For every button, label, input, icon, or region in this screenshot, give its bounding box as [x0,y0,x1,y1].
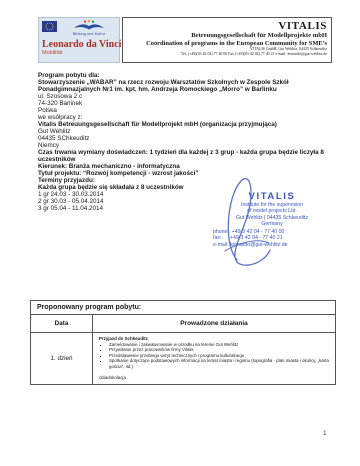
activity-item: Spotkanie dotyczące podstawowych informa… [109,358,329,369]
exchange-duration: Czas trwania wymiany doświadczeń: 1 tydz… [38,149,331,163]
org-name: VITALIS [127,20,327,32]
logo-program-name: Leonardo da Vinci [42,39,116,50]
table-header-row: Data Prowadzone działania [31,315,336,333]
stamp-email: e-mail: leonardo@gut-wehlitz.de [213,242,340,248]
activities-list: Zameldowanie i zakwaterowanie w ośrodku … [99,342,329,370]
activities-footer: obiadokolacja [99,375,329,381]
beneficiary-street: ul. Szosowa 2 c [38,93,331,100]
org-contact: Tel. (+49)(03 42 04) 77 40 00 Fax (+49)(… [127,52,327,57]
host-name: Vitalis Betreuungsgesellschaft für Model… [38,121,331,128]
document-page: { "colors": { "stamp_blue": "#3a55c0", "… [0,0,360,466]
field-of-study: Kierunek: Branża mechaniczno - informaty… [38,163,331,170]
stamp-line4: Germany [204,221,340,227]
host-street: Gut Wehlitz [38,128,331,135]
beneficiary-country: Polska [38,107,331,114]
table-title: Proponowany program pobytu: [31,301,336,315]
stamp-title: VITALIS [204,192,340,202]
page-number: 1 [323,430,327,437]
logo-subtitle: Mobilität [42,50,116,56]
org-description-de: Betreuungsgesellschaft für Modellprojekt… [127,32,327,40]
table-title-row: Proponowany program pobytu: [31,301,336,315]
host-country: Niemcy [38,142,331,149]
day-cell: 1. dzień [31,333,93,385]
eu-flag-icon [42,21,57,32]
program-table: Proponowany program pobytu: Data Prowadz… [30,300,336,385]
logo-tagline: Bildung und Kultur [73,32,105,36]
letterhead: Bildung und Kultur Leonardo da Vinci Mob… [38,17,332,63]
program-for-label: Program pobytu dla: [38,72,331,79]
org-description-en: Coordination of programs in the European… [127,40,327,48]
leonardo-da-vinci-logo: Bildung und Kultur Leonardo da Vinci Mob… [38,17,120,63]
vitalis-stamp: VITALIS Institute for the supervision of… [204,192,340,248]
host-city: 04435 SChkeuditz [38,135,331,142]
column-header-activities: Prowadzone działania [93,315,336,333]
cooperation-label: we wsólpracy z: [38,114,331,121]
organisation-header: VITALIS Betreuungsgesellschaft für Model… [122,17,332,63]
activities-cell: Przyjazd do Schkeuditz Zameldowanie i za… [93,333,336,385]
table-row-day1: 1. dzień Przyjazd do Schkeuditz Zameldow… [31,333,336,385]
column-header-date: Data [31,315,93,333]
project-title: Tytuł projektu: “Rozwój kompetencji - wz… [38,170,331,177]
beneficiary-name: Stowarzyszenie „WABAR” na rzecz rozwoju … [38,79,331,93]
group-size: Każda grupa będzie się składała z 8 ucze… [38,184,331,191]
bird-logo-icon [72,20,106,32]
beneficiary-city: 74-320 Barlinek [38,100,331,107]
arrival-dates-label: Terminy przyjazdu: [38,177,331,184]
